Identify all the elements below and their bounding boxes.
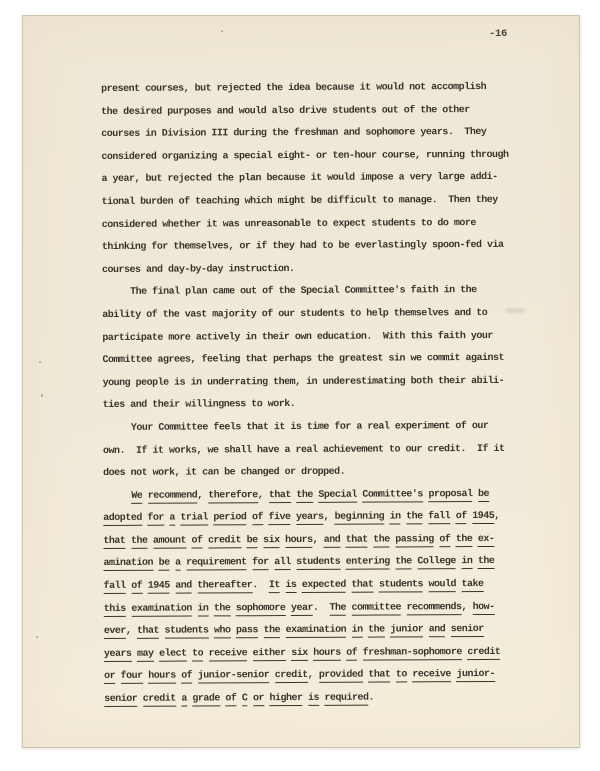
text-line: fall of 1945 and thereafter. It is expec… [104, 574, 528, 599]
underlined-word: College [417, 557, 456, 570]
paper-speck [36, 636, 38, 638]
underlined-word: period [213, 513, 246, 526]
underlined-word: ever [104, 626, 126, 639]
text-line: adopted for a trial period of five years… [103, 506, 527, 531]
text-line: Committee agrees, feeling that perhaps t… [102, 348, 526, 373]
text-line: ability of the vast majority of our stud… [102, 303, 526, 328]
underlined-word: Committee's [362, 489, 423, 502]
text-line: The final plan came out of the Special C… [102, 280, 526, 305]
underlined-word: Special [318, 489, 357, 502]
underlined-word: freshman-sophomore [363, 647, 462, 661]
text-line: considered organizing a special eight- o… [101, 145, 525, 170]
underlined-word: recommends [407, 602, 462, 615]
underlined-word: this [104, 604, 126, 617]
underlined-word: 1945 [148, 581, 170, 594]
underlined-word: of [439, 534, 450, 547]
underlined-word: higher [269, 693, 302, 706]
underlined-word: how- [473, 602, 495, 615]
underlined-word: either [253, 648, 286, 661]
underlined-word: six [263, 535, 280, 548]
underlined-word: therefore [208, 490, 258, 503]
underlined-word: the [264, 625, 281, 638]
text-line: senior credit a grade of C or higher is … [104, 687, 528, 712]
text-line: considered whether it was unreasonable t… [102, 212, 526, 237]
underlined-word: senior [451, 624, 484, 637]
underlined-word: required [324, 693, 368, 706]
underlined-word: amount [153, 535, 186, 548]
underlined-word: provided [319, 670, 363, 683]
underlined-word: and [429, 624, 446, 637]
text-line: or four hours of junior-senior credit, p… [104, 664, 528, 689]
underlined-word: amination [104, 558, 154, 571]
underlined-word: who [214, 626, 231, 639]
underlined-word: that [368, 670, 390, 683]
underlined-word: examination [131, 603, 192, 616]
underlined-word: junior-senior [198, 671, 270, 684]
underlined-word: would [428, 579, 456, 592]
underlined-word: a [169, 513, 175, 526]
underlined-word: pass [236, 625, 258, 638]
text-line: thinking for themselves, or if they had … [102, 235, 526, 260]
underlined-word: the [368, 625, 385, 638]
underlined-word: take [461, 579, 483, 592]
text-line: own. If it works, we shall have a real a… [103, 438, 527, 463]
underlined-word: that [269, 490, 291, 503]
underlined-word: committee [351, 602, 401, 615]
underlined-word: the [395, 557, 412, 570]
underlined-word: trial [180, 513, 208, 526]
underlined-word: students [296, 557, 340, 570]
underlined-word: is [285, 580, 296, 593]
text-line: Your Committee feels that it is time for… [103, 416, 527, 441]
underlined-word: the [214, 603, 231, 616]
scanned-page: -16 present courses, but rejected the id… [0, 0, 600, 771]
underlined-word: C [242, 693, 248, 706]
underlined-word: junior [390, 625, 423, 638]
underlined-word: junior- [456, 669, 495, 682]
underlined-word: of [131, 581, 142, 594]
text-line: courses in Division III during the fresh… [101, 122, 525, 147]
underlined-word: be [478, 489, 489, 502]
text-line: present courses, but rejected the idea b… [101, 77, 525, 102]
text-line: does not work, it can be changed or drop… [103, 461, 527, 486]
text-line: We recommend, therefore, that the Specia… [103, 483, 527, 508]
underlined-word: that [346, 534, 368, 547]
underlined-word: of [346, 648, 357, 661]
text-line: a year, but rejected the plan because it… [101, 167, 525, 192]
underlined-word: adopted [103, 513, 142, 526]
underlined-word: may [137, 649, 154, 662]
text-line: participate more actively in their own e… [102, 325, 526, 350]
underlined-word: in [390, 512, 401, 525]
underlined-word: all [274, 557, 291, 570]
underlined-word: elect [159, 648, 187, 661]
underlined-word: proposal [428, 489, 472, 502]
underlined-word: senior [104, 694, 137, 707]
paper-speck [39, 361, 41, 363]
underlined-word: passing [395, 534, 434, 547]
underlined-word: 1945 [472, 511, 494, 524]
text-line: this examination in the sophomore year. … [104, 596, 528, 621]
underlined-word: credit [143, 694, 176, 707]
underlined-word: hours [148, 671, 176, 684]
underlined-word: the [406, 512, 423, 525]
page-number: -16 [489, 28, 507, 40]
underlined-word: grade [192, 693, 220, 706]
paper-smudge [505, 308, 525, 313]
underlined-word: credit [208, 535, 241, 548]
text-line: ever, that students who pass the examina… [104, 619, 528, 644]
underlined-word: hours [285, 535, 313, 548]
underlined-word: that [103, 536, 125, 549]
underlined-word: a [181, 694, 187, 707]
underlined-word: the [296, 490, 313, 503]
underlined-word: examination [286, 625, 347, 638]
underlined-word: year [291, 603, 313, 616]
underlined-word: for [147, 513, 164, 526]
text-line: tional burden of teaching which might be… [102, 190, 526, 215]
paper-sheet: -16 present courses, but rejected the id… [22, 15, 580, 748]
underlined-word: or [104, 671, 115, 684]
underlined-word: in [352, 625, 363, 638]
underlined-word: five [268, 512, 290, 525]
text-line: that the amount of credit be six hours, … [103, 529, 527, 554]
underlined-word: of [252, 512, 263, 525]
text-line: young people is in underrating them, in … [103, 370, 527, 395]
underlined-word: the [478, 556, 495, 569]
underlined-word: years [104, 649, 132, 662]
underlined-word: that [137, 626, 159, 639]
paper-speck [221, 30, 223, 32]
underlined-word: of [191, 535, 202, 548]
underlined-word: sophomore [236, 603, 286, 616]
underlined-word: thereafter [197, 580, 252, 593]
underlined-word: credit [275, 670, 308, 683]
underlined-word: the [373, 534, 390, 547]
underlined-word: in [197, 603, 208, 616]
underlined-word: receive [412, 670, 451, 683]
underlined-word: credit [467, 647, 500, 660]
text-line: courses and day-by-day instruction. [102, 258, 526, 283]
underlined-word: entering [346, 557, 390, 570]
underlined-word: recommend [148, 490, 198, 503]
underlined-word: receive [209, 648, 248, 661]
underlined-word: expected [302, 580, 346, 593]
underlined-word: the [131, 536, 148, 549]
text-line: the desired purposes and would also driv… [101, 99, 525, 124]
underlined-word: to [192, 648, 203, 661]
underlined-word: the [456, 534, 473, 547]
underlined-word: is [308, 693, 319, 706]
underlined-word: to [396, 670, 407, 683]
underlined-word: in [461, 557, 472, 570]
text-block: present courses, but rejected the idea b… [101, 77, 528, 712]
underlined-word: years [296, 512, 324, 525]
underlined-word: and [175, 581, 192, 594]
underlined-word: or [253, 693, 264, 706]
underlined-word: hours [313, 648, 341, 661]
text-line: amination be a requirement for all stude… [103, 551, 527, 576]
underlined-word: six [291, 648, 308, 661]
underlined-word: requirement [186, 558, 247, 571]
text-line: years may elect to receive either six ho… [104, 642, 528, 667]
underlined-word: fall [428, 511, 450, 524]
underlined-word: be [247, 535, 258, 548]
underlined-word: ex- [478, 534, 495, 547]
underlined-word: and [324, 535, 341, 548]
underlined-word: of [181, 671, 192, 684]
underlined-word: students [164, 626, 208, 639]
underlined-word: students [379, 579, 423, 592]
underlined-word: be [159, 558, 170, 571]
underlined-word: of [456, 511, 467, 524]
underlined-word: The [329, 602, 346, 615]
underlined-word: a [175, 558, 181, 571]
underlined-word: for [252, 558, 269, 571]
paper-speck [41, 394, 43, 397]
underlined-word: beginning [335, 512, 385, 525]
underlined-word: We [131, 490, 142, 503]
underlined-word: fall [104, 581, 126, 594]
underlined-word: It [269, 580, 280, 593]
text-line: ties and their willingness to work. [103, 393, 527, 418]
underlined-word: that [351, 580, 373, 593]
underlined-word: of [225, 693, 236, 706]
underlined-word: four [121, 671, 143, 684]
